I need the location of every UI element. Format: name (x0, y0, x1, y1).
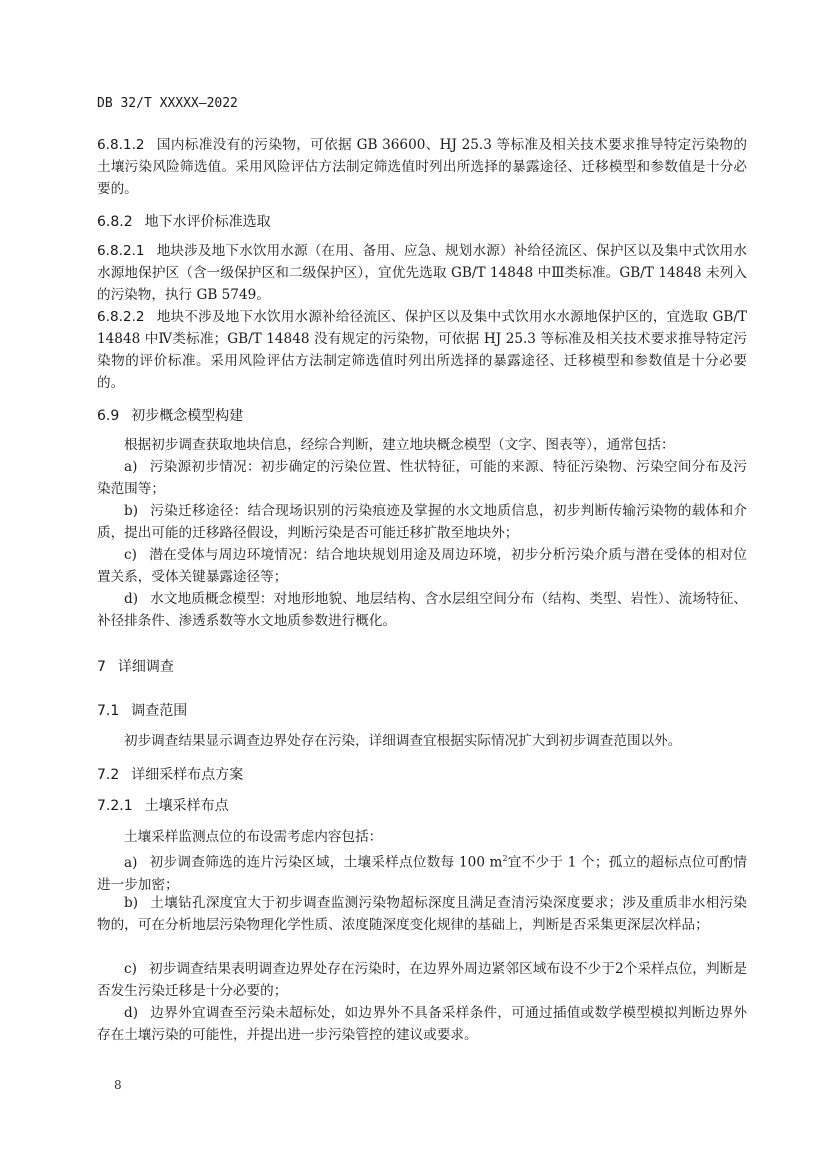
list-label: d) (124, 591, 138, 607)
heading-title: 详细调查 (118, 659, 174, 675)
list-label: b) (124, 503, 138, 519)
list-label: a) (124, 855, 137, 871)
heading-title: 详细采样布点方案 (131, 767, 243, 783)
clause-number: 6.8.1.2 (97, 137, 145, 153)
list-label: c) (124, 961, 137, 977)
list-label: a) (124, 459, 137, 475)
clause-text: 国内标准没有的污染物，可依据 GB 36600、HJ 25.3 等标准及相关技术… (97, 137, 747, 197)
list-item-7-2-1-c: c)初步调查结果表明调查边界处存在污染时，在边界外周边紧邻区域布设不少于2个采样… (97, 958, 747, 1002)
heading-number: 6.8.2 (97, 214, 133, 230)
list-item-7-2-1-b: b)土壤钻孔深度宜大于初步调查监测污染物超标深度且满足查清污染深度要求；涉及重质… (97, 892, 747, 936)
list-item-7-2-1-d: d)边界外宜调查至污染未超标处，如边界外不具备采样条件，可通过插值或数学模型模拟… (97, 1002, 747, 1046)
heading-title: 土壤采样布点 (145, 798, 229, 814)
heading-title: 初步概念模型构建 (131, 408, 243, 424)
paragraph-7-2-1-intro: 土壤采样监测点位的布设需考虑内容包括： (97, 826, 747, 848)
heading-7-2: 7.2详细采样布点方案 (97, 764, 747, 786)
heading-title: 地下水评价标准选取 (145, 214, 271, 230)
clause-6-8-2-2: 6.8.2.2地块不涉及地下水饮用水源补给径流区、保护区以及集中式饮用水水源地保… (97, 306, 747, 394)
list-label: d) (124, 1005, 138, 1021)
list-text: 污染迁移途径：结合现场识别的污染痕迹及掌握的水文地质信息，初步判断传输污染物的载… (97, 503, 747, 541)
paragraph-6-9-intro: 根据初步调查获取地块信息，经综合判断，建立地块概念模型（文字、图表等），通常包括… (97, 434, 747, 456)
list-item-6-9-c: c)潜在受体与周边环境情况：结合地块规划用途及周边环境，初步分析污染介质与潜在受… (97, 544, 747, 588)
document-header-id: DB 32/T XXXXX—2022 (97, 96, 238, 111)
heading-number: 7 (97, 659, 106, 675)
list-label: c) (124, 547, 137, 563)
heading-number: 7.2 (97, 767, 119, 783)
list-item-6-9-a: a)污染源初步情况：初步确定的污染位置、性状特征，可能的来源、特征污染物、污染空… (97, 456, 747, 500)
heading-6-9: 6.9初步概念模型构建 (97, 405, 747, 427)
list-text: 污染源初步情况：初步确定的污染位置、性状特征，可能的来源、特征污染物、污染空间分… (97, 459, 747, 497)
clause-number: 6.8.2.2 (97, 309, 145, 325)
list-text: 边界外宜调查至污染未超标处，如边界外不具备采样条件，可通过插值或数学模型模拟判断… (97, 1005, 747, 1043)
list-text: 潜在受体与周边环境情况：结合地块规划用途及周边环境，初步分析污染介质与潜在受体的… (97, 547, 747, 585)
heading-7-1: 7.1调查范围 (97, 700, 747, 722)
list-item-7-2-1-a: a)初步调查筛选的连片污染区域，土壤采样点位数每 100 m2宜不少于 1 个；… (97, 848, 747, 896)
list-text: 初步调查结果表明调查边界处存在污染时，在边界外周边紧邻区域布设不少于2个采样点位… (97, 961, 747, 999)
heading-number: 6.9 (97, 408, 119, 424)
heading-7-2-1: 7.2.1土壤采样布点 (97, 795, 747, 817)
list-label: b) (124, 895, 138, 911)
list-item-6-9-b: b)污染迁移途径：结合现场识别的污染痕迹及掌握的水文地质信息，初步判断传输污染物… (97, 500, 747, 544)
heading-number: 7.1 (97, 703, 119, 719)
heading-title: 调查范围 (131, 703, 187, 719)
list-text: 土壤钻孔深度宜大于初步调查监测污染物超标深度且满足查清污染深度要求；涉及重质非水… (97, 895, 747, 933)
heading-7: 7详细调查 (97, 656, 747, 678)
page-number: 8 (114, 1078, 122, 1092)
list-item-6-9-d: d)水文地质概念模型：对地形地貌、地层结构、含水层组空间分布（结构、类型、岩性）… (97, 588, 747, 632)
heading-6-8-2: 6.8.2地下水评价标准选取 (97, 211, 747, 233)
clause-text: 地块不涉及地下水饮用水源补给径流区、保护区以及集中式饮用水水源地保护区的，宜选取… (97, 309, 747, 391)
list-text: 初步调查筛选的连片污染区域，土壤采样点位数每 100 m (149, 855, 502, 871)
clause-6-8-1-2: 6.8.1.2国内标准没有的污染物，可依据 GB 36600、HJ 25.3 等… (97, 134, 747, 200)
clause-number: 6.8.2.1 (97, 243, 145, 259)
paragraph-7-1: 初步调查结果显示调查边界处存在污染，详细调查宜根据实际情况扩大到初步调查范围以外… (97, 730, 747, 752)
clause-text: 地块涉及地下水饮用水源（在用、备用、应急、规划水源）补给径流区、保护区以及集中式… (97, 243, 747, 303)
list-text: 水文地质概念模型：对地形地貌、地层结构、含水层组空间分布（结构、类型、岩性）、流… (97, 591, 747, 629)
clause-6-8-2-1: 6.8.2.1地块涉及地下水饮用水源（在用、备用、应急、规划水源）补给径流区、保… (97, 240, 747, 306)
heading-number: 7.2.1 (97, 798, 133, 814)
